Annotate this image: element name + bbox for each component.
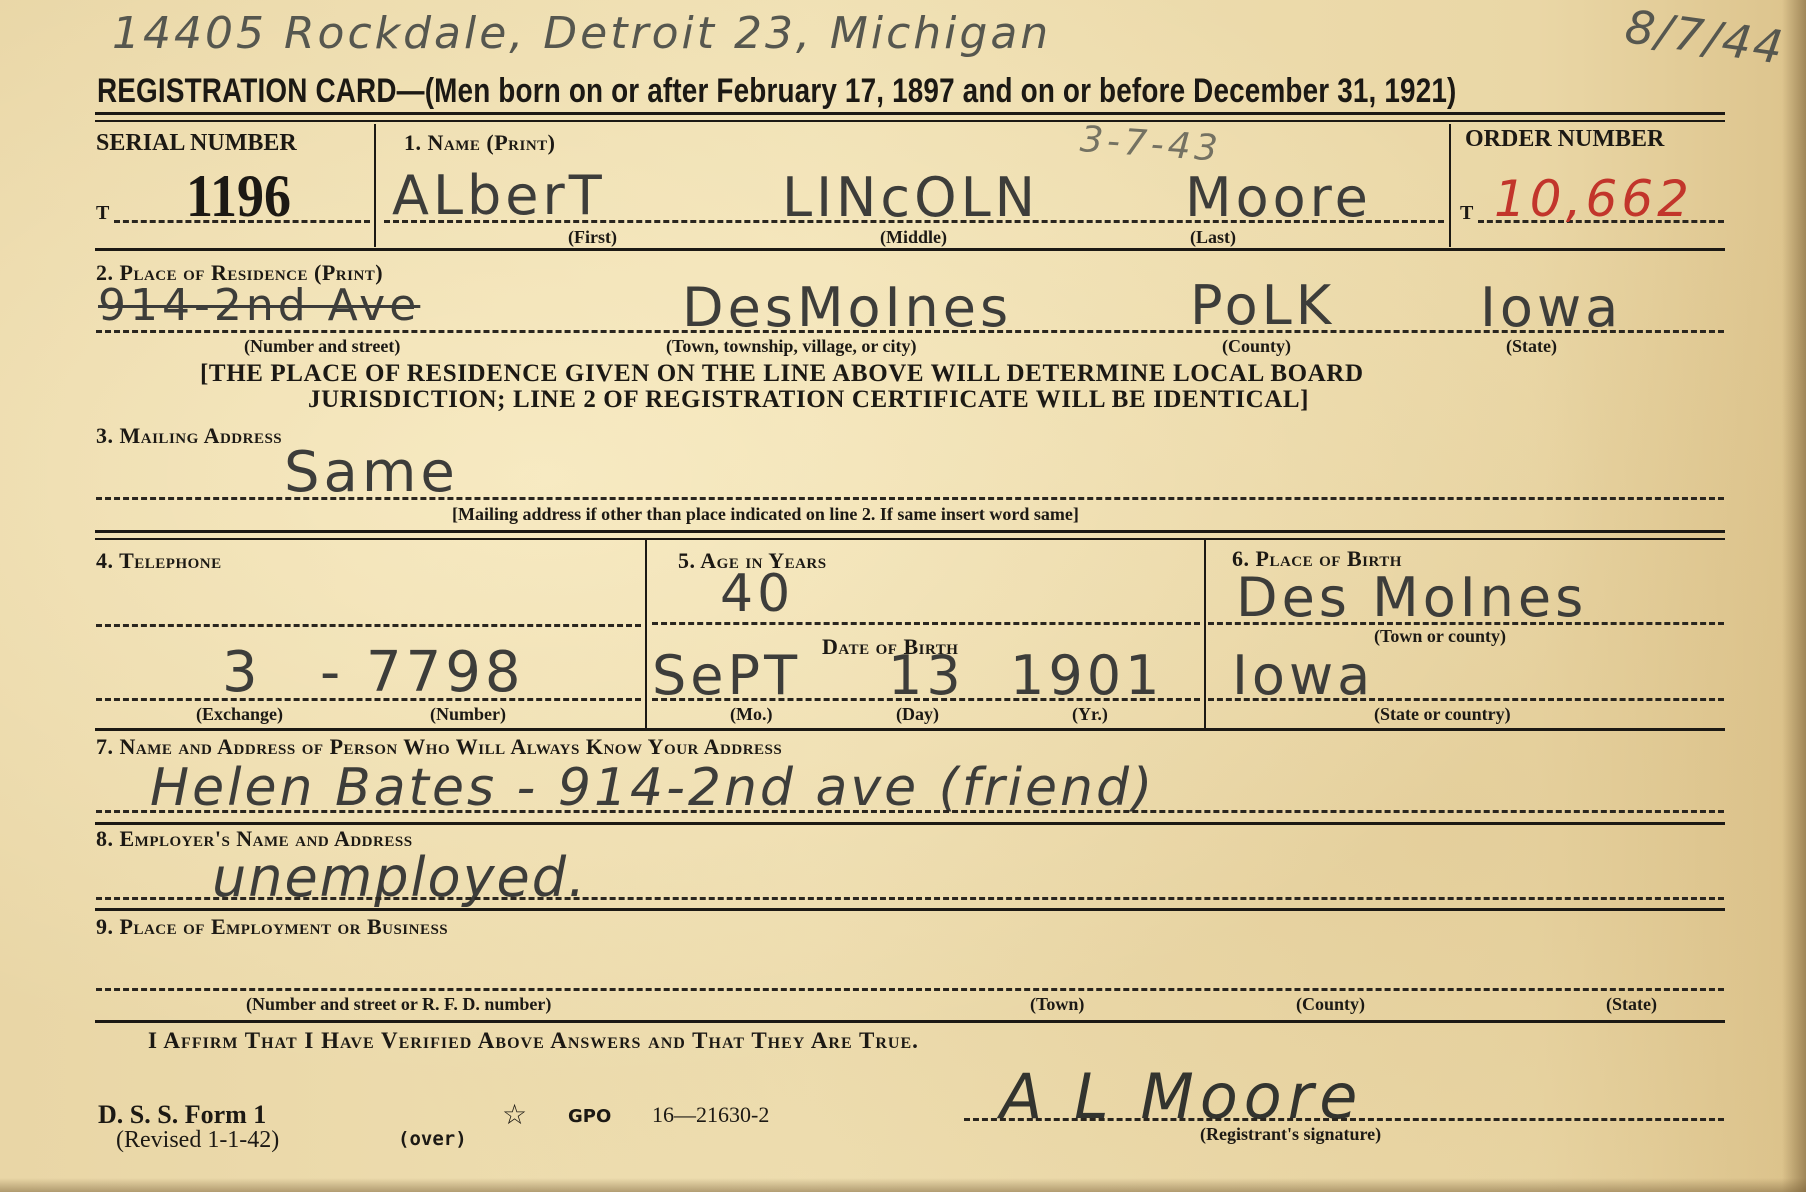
month-caption: (Mo.) [730, 704, 772, 725]
birth-town-field-line [1208, 622, 1724, 625]
residence-town-value[interactable]: DesMoInes [682, 276, 1012, 339]
residence-county-value[interactable]: PoLK [1190, 274, 1335, 337]
top-date-annotation: 8/7/44 [1622, 0, 1788, 75]
row-rule [95, 728, 1725, 731]
mailing-field-line [96, 497, 1724, 500]
birth-state-caption: (State or country) [1374, 704, 1511, 725]
street-caption: (Number and street) [244, 336, 400, 357]
divider [374, 124, 376, 247]
star-icon: ☆ [502, 1098, 527, 1132]
card-edge-shadow-bottom [0, 1178, 1806, 1192]
number-caption: (Number) [430, 704, 506, 725]
serial-number-value[interactable]: 1196 [186, 162, 291, 231]
employment-place-label: 9. Place of Employment or Business [96, 914, 448, 940]
divider [645, 540, 647, 728]
top-address-annotation: 14405 Rockdale, Detroit 23, Michigan [112, 8, 1051, 59]
signature-line [964, 1118, 1724, 1121]
year-caption: (Yr.) [1072, 704, 1108, 725]
telephone-field-line-1 [96, 624, 641, 627]
form-number: D. S. S. Form 1 [98, 1100, 266, 1130]
serial-number-label: SERIAL NUMBER [96, 130, 297, 157]
order-number-label: ORDER NUMBER [1465, 126, 1664, 153]
divider [1449, 124, 1451, 247]
row-rule-2 [95, 538, 1725, 540]
row-rule [95, 822, 1725, 825]
age-field-line [652, 622, 1200, 625]
birth-town-caption: (Town or county) [1374, 626, 1506, 647]
middle-name-caption: (Middle) [880, 227, 947, 248]
card-edge-shadow [1782, 0, 1806, 1192]
affirmation-text: I Affirm That I Have Verified Above Answ… [148, 1028, 919, 1054]
title-rule-2 [95, 120, 1725, 122]
mailing-address-value[interactable]: Same [284, 440, 459, 505]
over-note: (over) [398, 1128, 467, 1150]
gpo-label: GPO [568, 1106, 611, 1127]
name-note-annotation: 3-7-43 [1079, 119, 1223, 170]
contact-field-line [96, 810, 1724, 813]
contact-value[interactable]: Helen Bates - 914-2nd ave (friend) [150, 758, 1155, 818]
town-caption: (Town, township, village, or city) [666, 336, 917, 357]
contact-label: 7. Name and Address of Person Who Will A… [96, 734, 782, 760]
registration-card: 14405 Rockdale, Detroit 23, Michigan 8/7… [0, 0, 1806, 1192]
divider [1204, 540, 1206, 728]
county-caption: (County) [1222, 336, 1291, 357]
first-name-value[interactable]: ALberT [392, 164, 606, 227]
row-rule [95, 908, 1725, 911]
mailing-address-caption: [Mailing address if other than place ind… [452, 504, 1079, 525]
telephone-number-value[interactable]: - 7798 [320, 640, 525, 705]
employment-place-field-line [96, 988, 1724, 991]
row-rule [95, 1020, 1725, 1023]
middle-name-value[interactable]: LINcOLN [782, 166, 1039, 229]
telephone-label: 4. Telephone [96, 548, 222, 574]
name-label: 1. Name (Print) [404, 130, 555, 156]
gpo-number: 16—21630-2 [652, 1102, 769, 1128]
signature-caption: (Registrant's signature) [1200, 1124, 1381, 1145]
employment-street-caption: (Number and street or R. F. D. number) [246, 994, 551, 1015]
mailing-address-label: 3. Mailing Address [96, 423, 282, 449]
residence-notice-line-1: [THE PLACE OF RESIDENCE GIVEN ON THE LIN… [200, 360, 1364, 388]
employer-field-line [96, 897, 1724, 900]
first-name-caption: (First) [568, 227, 617, 248]
row-rule [95, 530, 1725, 533]
state-caption: (State) [1506, 336, 1557, 357]
order-prefix: T [1460, 202, 1473, 225]
last-name-caption: (Last) [1190, 227, 1236, 248]
order-number-value[interactable]: 10,662 [1494, 170, 1693, 228]
card-title: REGISTRATION CARD—(Men born on or after … [97, 72, 1456, 111]
row-rule [95, 248, 1725, 251]
exchange-caption: (Exchange) [196, 704, 283, 725]
form-revised: (Revised 1-1-42) [116, 1127, 279, 1154]
residence-notice-line-2: JURISDICTION; LINE 2 OF REGISTRATION CER… [308, 386, 1309, 414]
birth-town-value[interactable]: Des MoInes [1236, 566, 1587, 629]
registrant-signature[interactable]: A L Moore [1000, 1060, 1363, 1133]
dob-field-line [652, 698, 1200, 701]
title-rule [95, 112, 1725, 115]
serial-prefix: T [96, 202, 109, 225]
employment-town-caption: (Town) [1030, 994, 1084, 1015]
last-name-value[interactable]: Moore [1185, 166, 1372, 229]
telephone-exchange-value[interactable]: 3 [222, 640, 262, 705]
day-caption: (Day) [896, 704, 939, 725]
residence-state-value[interactable]: Iowa [1480, 276, 1622, 339]
telephone-field-line-2 [96, 698, 641, 701]
birth-state-field-line [1208, 698, 1724, 701]
age-value[interactable]: 40 [720, 564, 794, 624]
employment-county-caption: (County) [1296, 994, 1365, 1015]
employment-state-caption: (State) [1606, 994, 1657, 1015]
residence-street-value[interactable]: 914-2nd Ave [98, 280, 420, 331]
